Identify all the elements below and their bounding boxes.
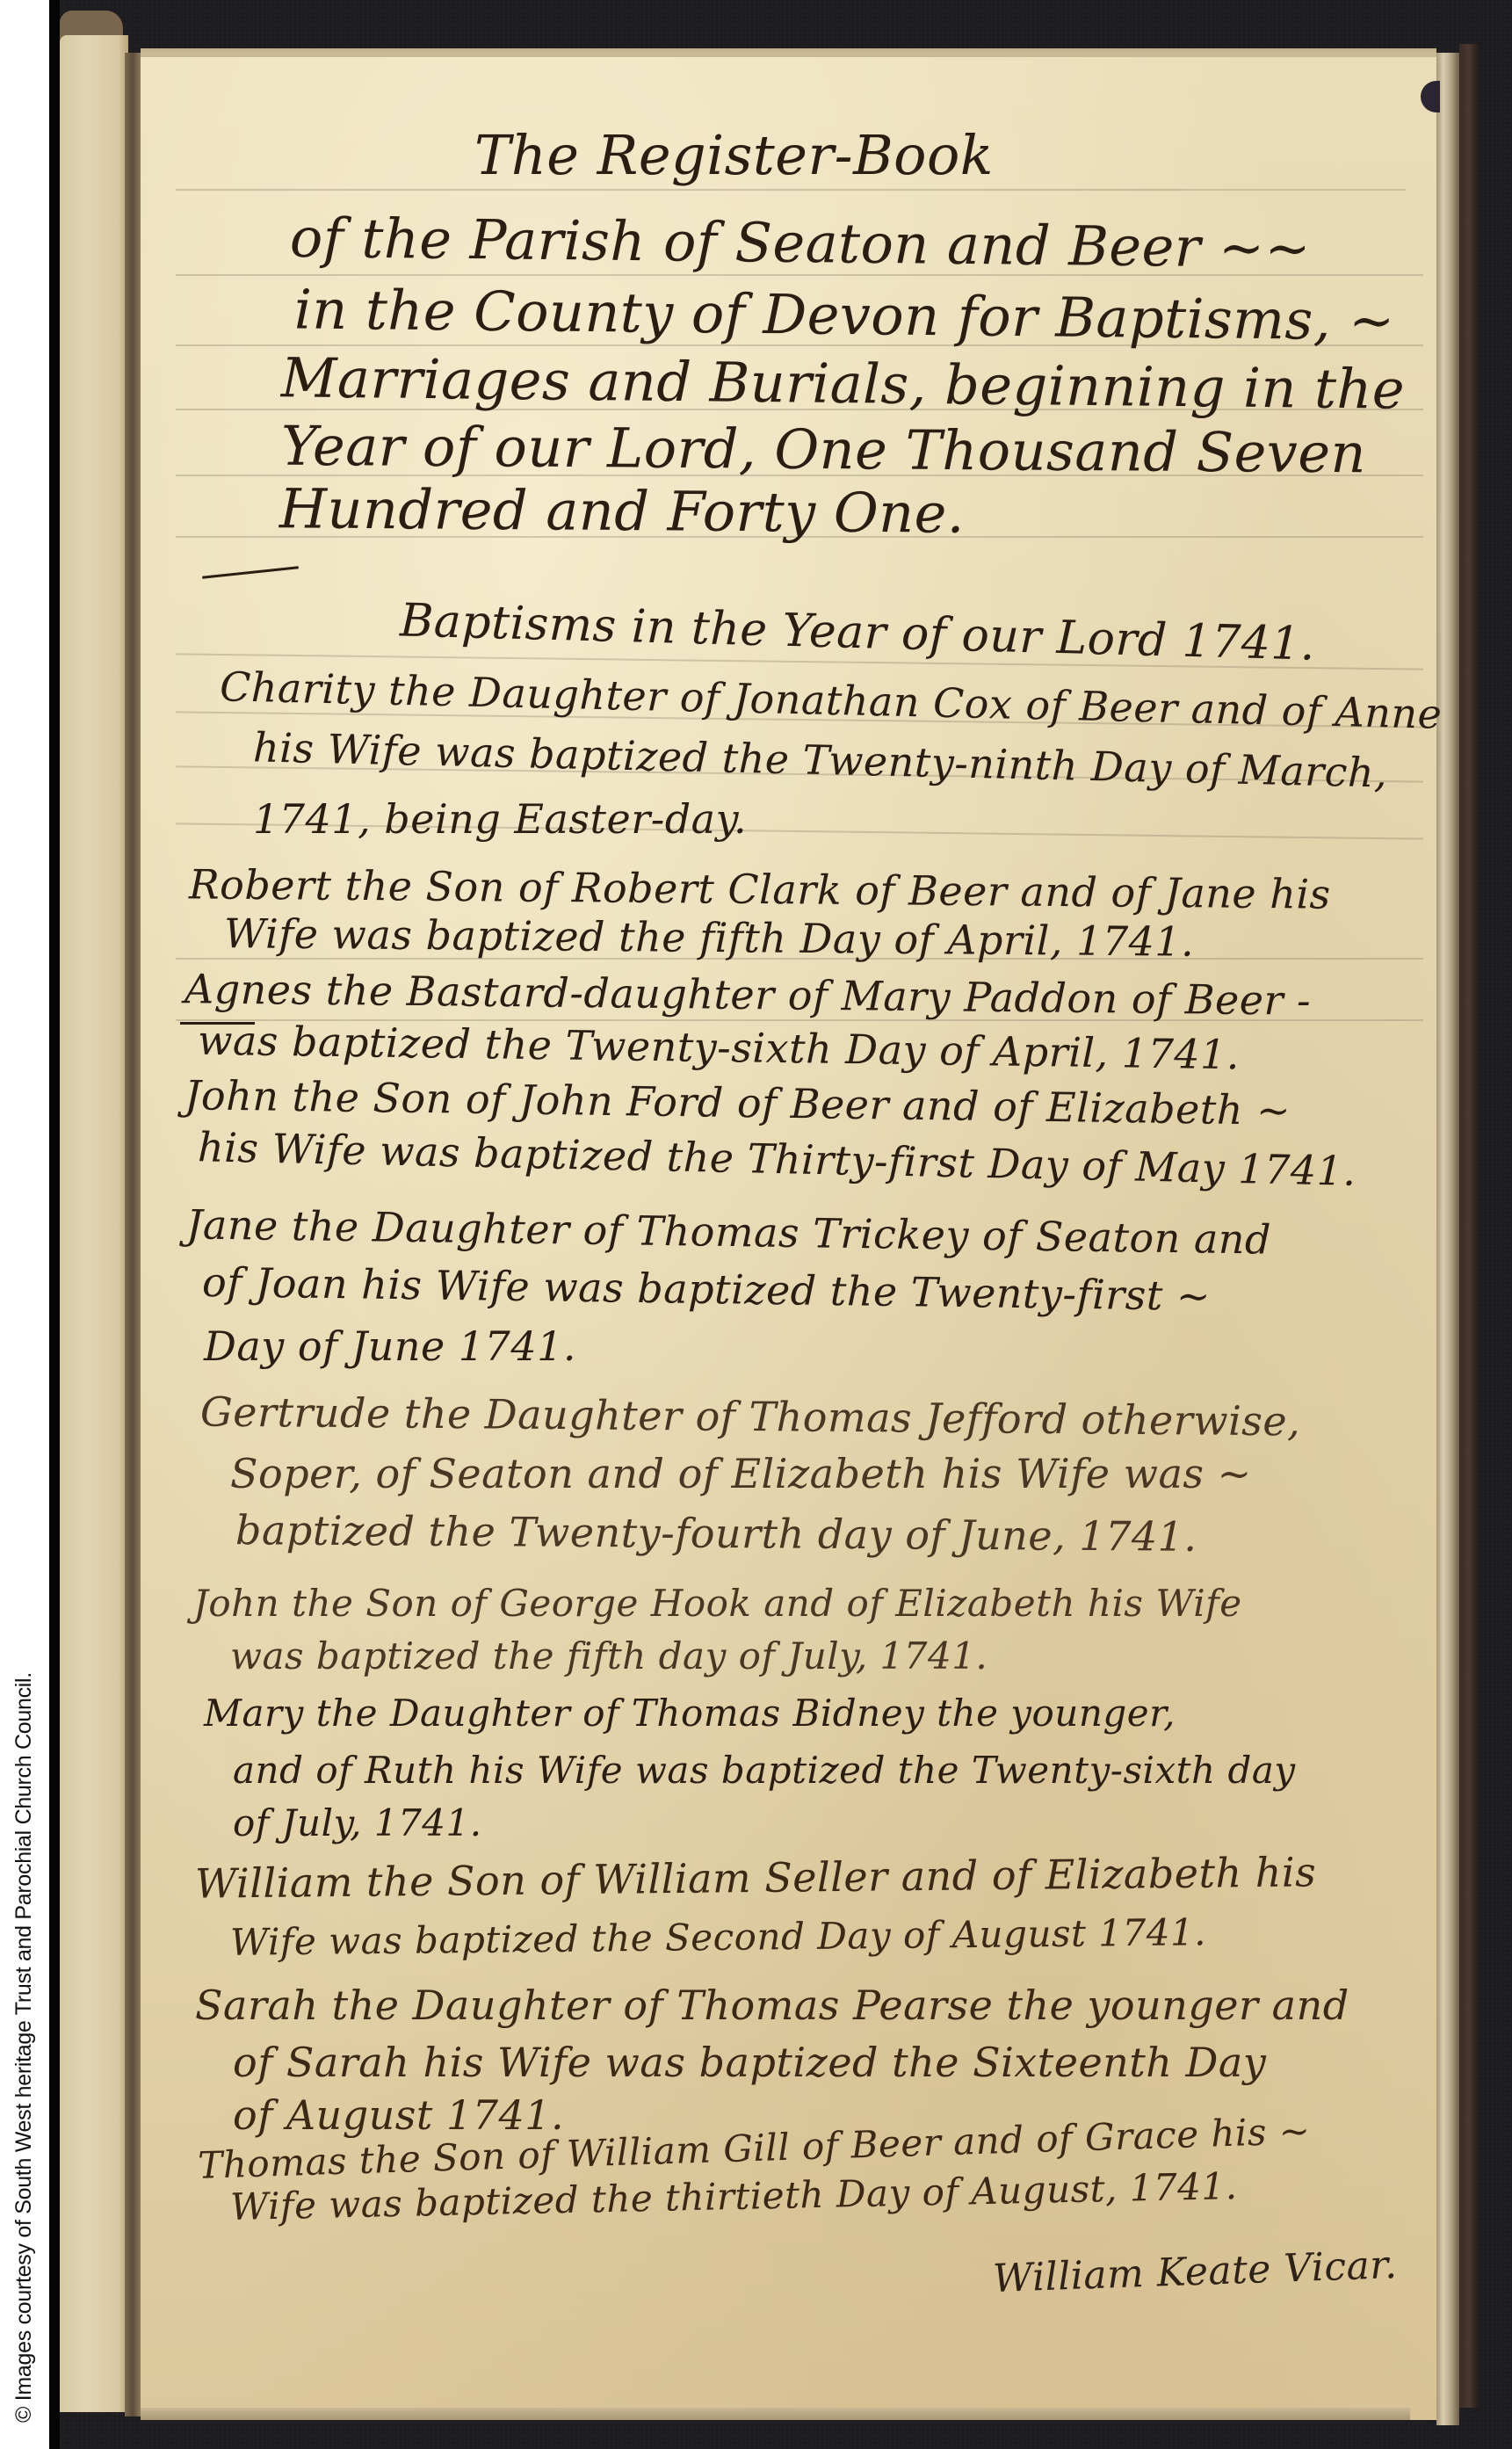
- title-line: The Register-Book: [474, 123, 994, 187]
- title-line: Year of our Lord, One Thousand Seven: [281, 414, 1366, 486]
- ruled-line: [176, 189, 1406, 191]
- entry-line: Robert the Son of Robert Clark of Beer a…: [189, 860, 1331, 917]
- title-line: in the County of Devon for Baptisms, ~: [294, 277, 1395, 352]
- page-bottom-edge: [141, 2408, 1410, 2420]
- title-line: of the Parish of Seaton and Beer ~~: [290, 206, 1312, 280]
- book-cover-edge: [1459, 44, 1479, 2408]
- entry-line: Mary the Daughter of Thomas Bidney the y…: [204, 1692, 1176, 1735]
- binding-flap: [60, 35, 128, 2412]
- entry-line: of July, 1741.: [233, 1801, 482, 1844]
- entry-line: of Sarah his Wife was baptized the Sixte…: [233, 2039, 1266, 2086]
- page-stack-edge: [1436, 53, 1459, 2425]
- entry-line: Gertrude the Daughter of Thomas Jefford …: [200, 1388, 1301, 1445]
- title-line: Hundred and Forty One.: [279, 476, 966, 545]
- credit-strip: © Images courtesy of South West heritage…: [0, 0, 49, 2449]
- entry-line: John the Son of George Hook and of Eliza…: [193, 1582, 1242, 1625]
- entry-line: of August 1741.: [233, 2091, 564, 2139]
- copyright-credit: © Images courtesy of South West heritage…: [11, 1672, 37, 2423]
- entry-line: Wife was baptized the fifth Day of April…: [224, 909, 1195, 966]
- entry-line: and of Ruth his Wife was baptized the Tw…: [233, 1749, 1296, 1792]
- scan-edge: [49, 0, 60, 2449]
- title-line: Marriages and Burials, beginning in the: [281, 345, 1406, 421]
- entry-line: baptized the Twenty-fourth day of June, …: [235, 1506, 1197, 1561]
- entry-line: 1741, being Easter-day.: [253, 795, 747, 843]
- entry-line: was baptized the fifth day of July, 1741…: [230, 1634, 988, 1677]
- entry-line: Soper, of Seaton and of Elizabeth his Wi…: [230, 1450, 1252, 1497]
- entry-line: Sarah the Daughter of Thomas Pearse the …: [195, 1982, 1349, 2029]
- entry-line: Day of June 1741.: [204, 1322, 576, 1370]
